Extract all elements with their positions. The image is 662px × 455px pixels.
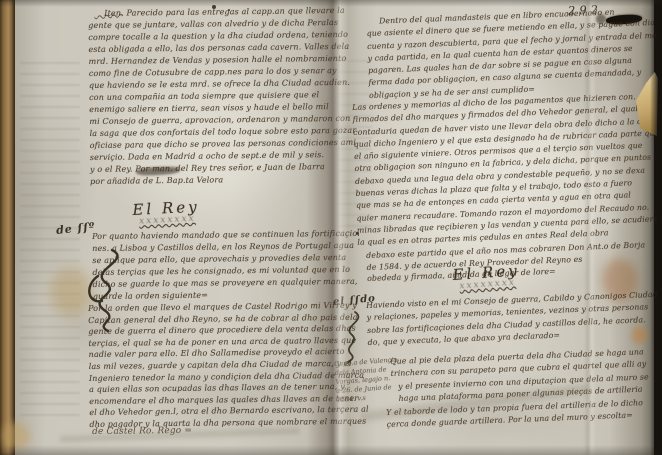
right-paragraph-2: Las ordenes y memorias al dicho de los p… [352,90,662,249]
left-paragraph-1: Iten. Parecido para las entregas al capp… [88,5,357,188]
rubric-flourish-icon [337,310,369,364]
right-paragraph-1: Dentro del qual mandasteis que en libro … [366,5,662,102]
photo-dark-edge [650,0,662,455]
el-rey-heading-left: El Rey xxxxxxxx [132,197,200,226]
manuscript-photo: xxxx Iten. Parecido para las entregas al… [0,0,662,455]
book-spine-edge [0,0,15,455]
left-paragraph-2: Por quanto haviendo mandado que se conti… [92,228,361,303]
edge-shadow [0,0,662,7]
left-paragraph-3: Por la orden que llevo el marques de Cas… [88,300,369,431]
edge-shadow [0,445,662,455]
el-rey-heading-right: El Rey xxxxxxxx [452,261,521,292]
